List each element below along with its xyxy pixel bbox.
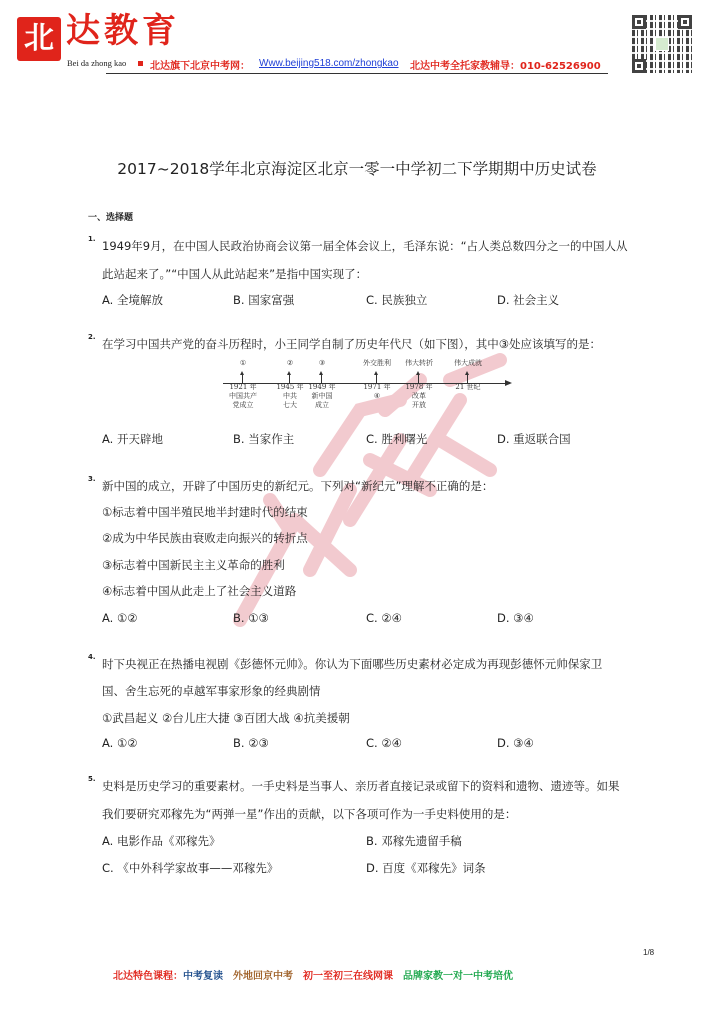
header-divider [106,73,608,74]
tutoring-hotline: 北达中考全托家教辅导：010-62526900 [410,57,601,72]
site-label: 北达旗下北京中考网： [150,57,250,72]
option-a[interactable]: A. 开天辟地 [102,431,163,447]
statement-3: ③标志着中国新民主主义革命的胜利 [102,557,285,573]
arrow-right-icon [505,380,512,386]
arrow-up-icon [297,369,347,383]
option-d[interactable]: D. 重返联合国 [497,431,571,447]
question-number: 3. [88,475,96,483]
qr-finder-icon [632,59,646,73]
option-c[interactable]: C. 民族独立 [366,292,427,308]
arrow-up-icon [218,369,268,383]
option-b[interactable]: B. ②③ [233,736,269,750]
question-number: 5. [88,775,96,783]
timeline-event: 中国共产 [218,392,268,401]
arrow-up-icon [443,369,493,383]
option-b[interactable]: B. 当家作主 [233,431,294,447]
question-text: 此站起来了。”“中国人从此站起来”是指中国实现了： [102,266,367,282]
page-number: 1/8 [643,948,654,957]
timeline-event: 开放 [394,401,444,410]
question-text: 时下央视正在热播电视剧《彭德怀元帅》。你认为下面哪些历史素材必定成为再现彭德怀元… [102,656,602,672]
question-number: 2. [88,333,96,341]
option-c[interactable]: C. ②④ [366,611,402,625]
option-c[interactable]: C. 《中外科学家故事——邓稼先》 [102,860,278,876]
question-number: 1. [88,235,96,243]
course-link[interactable]: 外地回京中考 [233,971,293,982]
statement-2: ②成为中华民族由衰败走向振兴的转折点 [102,530,308,546]
timeline-event: 新中国 [297,392,347,401]
option-c[interactable]: C. 胜利曙光 [366,431,427,447]
timeline-label-top: ③ [297,358,347,369]
option-b[interactable]: B. 邓稼先遗留手稿 [366,833,462,849]
page-title: 2017~2018学年北京海淀区北京一零一中学初二下学期期中历史试卷 [0,157,714,179]
history-timeline: ① 1921 年 中国共产 党成立 ② 1945 年 中共 七大 ③ 1949 … [223,358,515,430]
question-text: 国、舍生忘死的卓越军事家形象的经典剧情 [102,683,321,699]
logo-subtitle: Bei da zhong kao [67,58,126,68]
timeline-point: ③ 1949 年 新中国 成立 [297,358,347,410]
option-d[interactable]: D. 社会主义 [497,292,559,308]
statement-4: ④标志着中国从此走上了社会主义道路 [102,583,296,599]
option-a[interactable]: A. ①② [102,736,138,750]
timeline-year: 1978 年 [394,383,444,392]
statement-1: ①标志着中国半殖民地半封建时代的结束 [102,504,308,520]
timeline-point: 伟大转折 1978 年 改革 开放 [394,358,444,410]
question-text: 史料是历史学习的重要素材。一手史料是当事人、亲历者直接记录或留下的资料和遗物、遗… [102,778,620,794]
section-heading: 一、选择题 [88,210,133,223]
option-b[interactable]: B. ①③ [233,611,269,625]
course-link[interactable]: 中考复读 [183,971,223,982]
question-number: 4. [88,653,96,661]
question-text: 新中国的成立，开辟了中国历史的新纪元。下列对“新纪元”理解不正确的是： [102,478,493,494]
timeline-point: ① 1921 年 中国共产 党成立 [218,358,268,410]
qr-code-icon [632,15,692,73]
logo-seal-char: 北 [24,24,54,54]
logo-text: 达教育 [66,14,180,48]
timeline-year: 1921 年 [218,383,268,392]
course-link[interactable]: 初一至初三在线网课 [303,971,393,982]
logo-seal: 北 [17,17,61,61]
site-link[interactable]: Www.beijing518.com/zhongkao [259,58,399,69]
timeline-label-top: ① [218,358,268,369]
footer-courses: 北达特色课程：中考复读外地回京中考初一至初三在线网课品牌家教一对一中考培优 [113,967,523,982]
qr-logo-icon [655,37,669,51]
bullet-square-icon [138,61,143,66]
option-b[interactable]: B. 国家富强 [233,292,294,308]
timeline-event: 党成立 [218,401,268,410]
option-a[interactable]: A. 电影作品《邓稼先》 [102,833,220,849]
question-text: 1949年9月，在中国人民政治协商会议第一届全体会议上，毛泽东说：“占人类总数四… [102,238,628,254]
timeline-label-top: 伟大成就 [443,358,493,369]
timeline-year: 1949 年 [297,383,347,392]
course-link[interactable]: 品牌家教一对一中考培优 [403,971,513,982]
option-d[interactable]: D. ③④ [497,611,534,625]
courses-label: 北达特色课程： [113,971,183,982]
qr-finder-icon [678,15,692,29]
arrow-up-icon [394,369,444,383]
timeline-label-top: 伟大转折 [394,358,444,369]
timeline-year: 21 世纪 [443,383,493,392]
timeline-event: 成立 [297,401,347,410]
question-text: 在学习中国共产党的奋斗历程时，小王同学自制了历史年代尺（如下图），其中③处应该填… [102,336,601,352]
option-d[interactable]: D. ③④ [497,736,534,750]
statement-list: ①武昌起义 ②台儿庄大捷 ③百团大战 ④抗美援朝 [102,710,350,726]
question-text: 我们要研究邓稼先为“两弹一星”作出的贡献，以下各项可作为一手史料使用的是： [102,806,516,822]
timeline-event: 改革 [394,392,444,401]
option-a[interactable]: A. ①② [102,611,138,625]
timeline-point: 伟大成就 21 世纪 [443,358,493,392]
option-d[interactable]: D. 百度《邓稼先》词条 [366,860,486,876]
option-c[interactable]: C. ②④ [366,736,402,750]
option-a[interactable]: A. 全境解放 [102,292,163,308]
qr-finder-icon [632,15,646,29]
